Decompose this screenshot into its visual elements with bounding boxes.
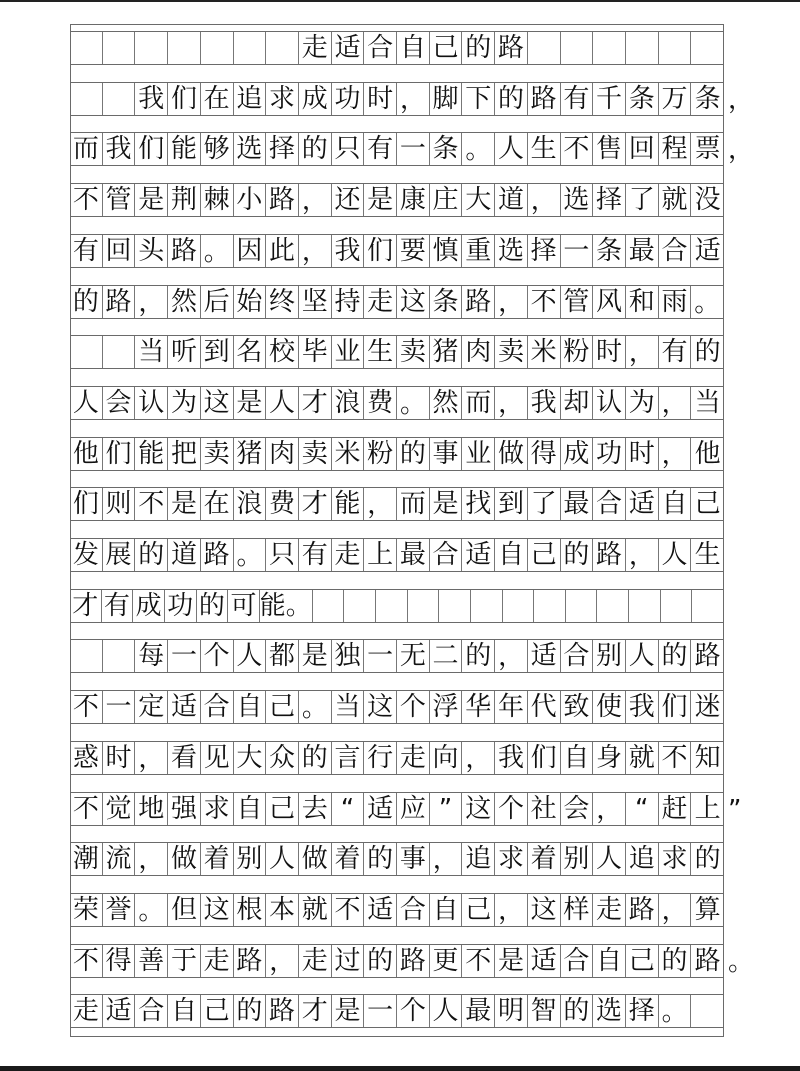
grid-cell: 做	[495, 438, 528, 470]
grid-cell: 浪	[332, 387, 365, 419]
grid-cell: 人	[70, 387, 103, 419]
grid-cell: ，	[135, 742, 168, 774]
grid-cell: 生	[691, 539, 724, 571]
grid-cell: 样	[561, 894, 594, 926]
grid-cell: 选	[593, 995, 626, 1027]
grid-cell: 本	[266, 894, 299, 926]
grid-cell: 行	[364, 742, 397, 774]
grid-cell: 万	[659, 83, 692, 115]
grid-cell: 路	[201, 539, 234, 571]
grid-cell: 适	[528, 945, 561, 977]
grid-cell: 适	[168, 691, 201, 723]
grid-cell: 了	[528, 488, 561, 520]
grid-cell: 根	[234, 894, 267, 926]
grid-cell: 是	[495, 945, 528, 977]
grid-cell: 才	[70, 590, 102, 622]
text-row: 不觉地强求自己去“适应”这个社会，“赶上	[70, 792, 724, 826]
grid-cell: 够	[201, 133, 234, 165]
grid-cell: 惑	[70, 742, 103, 774]
grid-cell: 去	[299, 793, 332, 825]
grid-cell: 始	[234, 286, 267, 318]
grid-cell: 算	[691, 894, 724, 926]
grid-cell: 卖	[201, 438, 234, 470]
text-row: 他们能把卖猪肉卖米粉的事业做得成功时，他	[70, 437, 724, 471]
grid-cell: 己	[626, 945, 659, 977]
grid-cell: 和	[626, 286, 659, 318]
grid-cell: 的	[462, 640, 495, 672]
grid-cell: 就	[659, 184, 692, 216]
grid-cell: 别	[234, 843, 267, 875]
grid-cell: 己	[430, 32, 463, 64]
grid-cell: 人	[266, 387, 299, 419]
grid-cell: 最	[561, 488, 594, 520]
title-row: 走适合自己的路	[70, 31, 724, 65]
grid-cell: 的	[135, 539, 168, 571]
grid-cell: 看	[168, 742, 201, 774]
grid-cell: 选	[561, 184, 594, 216]
grid-cell: 才	[299, 488, 332, 520]
grid-cell: 则	[103, 488, 136, 520]
empty-grid-cell	[103, 83, 136, 115]
grid-cell: 粉	[561, 336, 594, 368]
grid-cell: 路	[691, 945, 724, 977]
grid-cell: 使	[593, 691, 626, 723]
grid-cell: 强	[168, 793, 201, 825]
empty-grid-cell	[70, 32, 103, 64]
grid-cell: 的	[561, 539, 594, 571]
text-row: 不得善于走路，走过的路更不是适合自己的路	[70, 944, 724, 978]
grid-cell: 一	[364, 995, 397, 1027]
grid-cell: 华	[462, 691, 495, 723]
empty-grid-cell	[313, 590, 345, 622]
grid-cell: ，	[430, 843, 463, 875]
grid-cell: 肉	[266, 438, 299, 470]
grid-cell: 小	[234, 184, 267, 216]
grid-cell: 人	[593, 843, 626, 875]
grid-cell: 定	[135, 691, 168, 723]
text-row: 每一个人都是独一无二的，适合别人的路	[70, 639, 724, 673]
grid-cell: 的	[691, 336, 724, 368]
grid-cell: 我	[528, 387, 561, 419]
grid-cell: 人	[659, 539, 692, 571]
grid-cell: 一	[103, 691, 136, 723]
grid-cell: 我	[626, 691, 659, 723]
grid-cell: ，	[659, 438, 692, 470]
grid-cell: 无	[397, 640, 430, 672]
grid-cell: 择	[266, 133, 299, 165]
empty-grid-cell	[629, 590, 661, 622]
grid-cell: 棘	[201, 184, 234, 216]
grid-cell: 粉	[364, 438, 397, 470]
grid-cell: 己	[691, 488, 724, 520]
grid-cell: 后	[201, 286, 234, 318]
text-row: 走适合自己的路才是一个人最明智的选择。	[70, 994, 724, 1028]
grid-cell: 功	[593, 438, 626, 470]
grid-cell: 有	[561, 83, 594, 115]
empty-grid-cell	[376, 590, 408, 622]
grid-cell: 得	[528, 438, 561, 470]
grid-cell: 米	[528, 336, 561, 368]
grid-cell: 荣	[70, 894, 103, 926]
grid-cell: 不	[70, 793, 103, 825]
grid-cell: 己	[462, 894, 495, 926]
grid-cell: 追	[234, 83, 267, 115]
grid-cell: ，	[135, 286, 168, 318]
grid-cell: ，	[135, 843, 168, 875]
empty-grid-cell	[103, 32, 136, 64]
grid-cell: 只	[266, 539, 299, 571]
grid-cell: ，	[299, 184, 332, 216]
grid-cell: 走	[299, 945, 332, 977]
grid-cell: 这	[364, 691, 397, 723]
grid-cell: 合	[593, 488, 626, 520]
grid-cell: 不	[70, 691, 103, 723]
grid-cell: 是	[135, 184, 168, 216]
grid-cell: 们	[70, 488, 103, 520]
grid-cell: 的	[70, 286, 103, 318]
grid-cell: 时	[103, 742, 136, 774]
grid-cell: 独	[332, 640, 365, 672]
grid-cell: 毕	[299, 336, 332, 368]
grid-cell: ，	[495, 894, 528, 926]
grid-cell: 时	[364, 83, 397, 115]
text-row: 们则不是在浪费才能，而是找到了最合适自己	[70, 487, 724, 521]
grid-cell: 功	[332, 83, 365, 115]
grid-cell: 自	[234, 793, 267, 825]
grid-cell: 雨	[659, 286, 692, 318]
grid-cell: 找	[462, 488, 495, 520]
grid-cell: 适	[626, 488, 659, 520]
grid-cell: 个	[397, 995, 430, 1027]
grid-cell: 售	[593, 133, 626, 165]
grid-cell: 。	[691, 286, 724, 318]
grid-cell: 上	[364, 539, 397, 571]
grid-cell: 应	[397, 793, 430, 825]
grid-cell: 成	[299, 83, 332, 115]
grid-cell: ，	[462, 742, 495, 774]
grid-cell: ，	[659, 894, 692, 926]
grid-cell: 这	[201, 894, 234, 926]
text-row: 而我们能够选择的只有一条。人生不售回程票	[70, 132, 724, 166]
grid-cell: 不	[135, 488, 168, 520]
grid-cell: 善	[135, 945, 168, 977]
grid-cell: 合	[397, 894, 430, 926]
grid-cell: 有	[364, 133, 397, 165]
grid-cell: 是	[364, 184, 397, 216]
grid-cell: 能	[135, 438, 168, 470]
empty-grid-cell	[626, 32, 659, 64]
grid-cell: 然	[430, 387, 463, 419]
grid-cell: 代	[528, 691, 561, 723]
grid-cell: 在	[201, 83, 234, 115]
grid-cell: 最	[397, 539, 430, 571]
grid-cell: 做	[168, 843, 201, 875]
grid-cell: 自	[397, 32, 430, 64]
text-row: 的路，然后始终坚持走这条路，不管风和雨。	[70, 285, 724, 319]
grid-cell: 头	[135, 235, 168, 267]
grid-cell: 条	[593, 235, 626, 267]
grid-cell: 的	[234, 995, 267, 1027]
grid-cell: 求	[495, 843, 528, 875]
grid-cell: 米	[332, 438, 365, 470]
top-edge-bar	[0, 0, 800, 2]
grid-cell: ，	[626, 336, 659, 368]
grid-cell: 人	[430, 995, 463, 1027]
grid-cell: 肉	[462, 336, 495, 368]
grid-cell: 重	[462, 235, 495, 267]
grid-cell: 听	[168, 336, 201, 368]
grid-cell: 求	[659, 843, 692, 875]
grid-cell: 们	[659, 691, 692, 723]
grid-cell: 己	[201, 995, 234, 1027]
empty-grid-cell	[593, 32, 626, 64]
grid-cell: 是	[332, 995, 365, 1027]
grid-cell: 路	[234, 945, 267, 977]
grid-cell: 千	[593, 83, 626, 115]
grid-cell: 合	[201, 691, 234, 723]
grid-cell: 一	[561, 235, 594, 267]
grid-cell: ，	[495, 286, 528, 318]
grid-cell: 是	[168, 488, 201, 520]
grid-cell: 迷	[691, 691, 724, 723]
grid-cell: 路	[103, 286, 136, 318]
empty-grid-cell	[692, 590, 724, 622]
grid-cell: 于	[168, 945, 201, 977]
grid-cell: 过	[332, 945, 365, 977]
grid-cell: 脚	[430, 83, 463, 115]
grid-cell: “	[626, 793, 659, 825]
grid-cell: 选	[234, 133, 267, 165]
grid-cell: 校	[266, 336, 299, 368]
grid-cell: 功	[165, 590, 197, 622]
margin-punctuation: ，	[728, 87, 754, 113]
grid-cell: 我	[103, 133, 136, 165]
grid-cell: 身	[593, 742, 626, 774]
empty-grid-cell	[408, 590, 440, 622]
grid-cell: 能	[168, 133, 201, 165]
grid-cell: 最	[626, 235, 659, 267]
grid-cell: “	[332, 793, 365, 825]
grid-cell: 会	[103, 387, 136, 419]
grid-cell: 致	[561, 691, 594, 723]
empty-grid-cell	[201, 32, 234, 64]
grid-cell: 路	[528, 83, 561, 115]
empty-grid-cell	[691, 995, 724, 1027]
grid-cell: 适	[462, 539, 495, 571]
grid-cell: 事	[397, 843, 430, 875]
grid-cell: 走	[299, 32, 332, 64]
grid-cell: 条	[626, 83, 659, 115]
grid-cell: 终	[266, 286, 299, 318]
grid-cell: 选	[495, 235, 528, 267]
grid-cell: 适	[691, 235, 724, 267]
grid-cell: 路	[626, 894, 659, 926]
grid-cell: 众	[266, 742, 299, 774]
grid-cell: 当	[332, 691, 365, 723]
grid-cell: 但	[168, 894, 201, 926]
text-row: 才有成功的可能。	[70, 589, 724, 623]
grid-cell: 人	[266, 843, 299, 875]
grid-cell: 自	[168, 995, 201, 1027]
grid-cell: 个	[495, 793, 528, 825]
grid-cell: 到	[495, 488, 528, 520]
grid-cell: 发	[70, 539, 103, 571]
grid-cell: 走	[397, 742, 430, 774]
text-row: 当听到名校毕业生卖猪肉卖米粉时，有的	[70, 335, 724, 369]
grid-cell: 认	[593, 387, 626, 419]
grid-cell: 。	[234, 539, 267, 571]
grid-cell: ”	[430, 793, 463, 825]
grid-cell: 。	[135, 894, 168, 926]
grid-cell: 在	[201, 488, 234, 520]
grid-cell: 的	[364, 945, 397, 977]
grid-cell: 的	[462, 32, 495, 64]
grid-cell: 。	[201, 235, 234, 267]
grid-cell: 流	[103, 843, 136, 875]
empty-grid-cell	[439, 590, 471, 622]
grid-cell: 合	[364, 32, 397, 64]
grid-cell: 时	[593, 336, 626, 368]
bottom-edge-bar	[0, 1066, 800, 1071]
grid-cell: 每	[135, 640, 168, 672]
grid-cell: 而	[462, 387, 495, 419]
grid-cell: 别	[593, 640, 626, 672]
grid-cell: 一	[364, 640, 397, 672]
text-row: 潮流，做着别人做着的事，追求着别人追求的	[70, 842, 724, 876]
empty-grid-cell	[234, 32, 267, 64]
grid-cell: 事	[430, 438, 463, 470]
grid-cell: 路	[266, 995, 299, 1027]
grid-cell: 能。	[260, 590, 313, 622]
grid-cell: 条	[430, 133, 463, 165]
grid-cell: 择	[626, 995, 659, 1027]
grid-cell: 可	[228, 590, 260, 622]
grid-cell: 自	[593, 945, 626, 977]
empty-grid-cell	[471, 590, 503, 622]
grid-cell: 不	[462, 945, 495, 977]
grid-cell: 的	[299, 742, 332, 774]
text-row: 荣誉。但这根本就不适合自己，这样走路，算	[70, 893, 724, 927]
grid-cell: 下	[462, 83, 495, 115]
grid-cell: 我	[332, 235, 365, 267]
grid-cell: 的	[397, 438, 430, 470]
grid-cell: 潮	[70, 843, 103, 875]
grid-cell: 条	[430, 286, 463, 318]
empty-grid-cell	[566, 590, 598, 622]
empty-grid-cell	[70, 640, 103, 672]
grid-cell: 当	[135, 336, 168, 368]
grid-cell: 自	[561, 742, 594, 774]
grid-cell: 不	[528, 286, 561, 318]
grid-cell: 着	[528, 843, 561, 875]
empty-grid-cell	[266, 32, 299, 64]
grid-cell: 不	[70, 184, 103, 216]
grid-cell: 程	[659, 133, 692, 165]
grid-cell: 的	[659, 945, 692, 977]
grid-cell: 不	[659, 742, 692, 774]
grid-cell: 赶	[659, 793, 692, 825]
grid-cell: 才	[299, 387, 332, 419]
grid-cell: 这	[397, 286, 430, 318]
grid-cell: 追	[626, 843, 659, 875]
grid-cell: 走	[201, 945, 234, 977]
grid-cell: 为	[626, 387, 659, 419]
grid-cell: 成	[133, 590, 165, 622]
grid-cell: 走	[364, 286, 397, 318]
grid-cell: 自	[659, 488, 692, 520]
grid-cell: 生	[364, 336, 397, 368]
empty-grid-cell	[70, 83, 103, 115]
grid-cell: 自	[430, 894, 463, 926]
grid-cell: 费	[266, 488, 299, 520]
grid-cell: 走	[332, 539, 365, 571]
grid-cell: 追	[462, 843, 495, 875]
grid-cell: 适	[364, 793, 397, 825]
grid-cell: 因	[234, 235, 267, 267]
empty-grid-cell	[70, 336, 103, 368]
grid-cell: 回	[626, 133, 659, 165]
grid-cell: 个	[201, 640, 234, 672]
grid-cell: 浪	[234, 488, 267, 520]
grid-cell: 们	[364, 235, 397, 267]
grid-cell: 做	[299, 843, 332, 875]
grid-cell: 才	[299, 995, 332, 1027]
grid-cell: 为	[168, 387, 201, 419]
grid-cell: 见	[201, 742, 234, 774]
margin-punctuation: 。	[728, 949, 754, 975]
grid-cell: 的	[197, 590, 229, 622]
grid-cell: 自	[495, 539, 528, 571]
grid-cell: 没	[691, 184, 724, 216]
grid-cell: 言	[332, 742, 365, 774]
grid-cell: 走	[70, 995, 103, 1027]
grid-cell: 这	[462, 793, 495, 825]
grid-cell: 庄	[430, 184, 463, 216]
grid-cell: 的	[364, 843, 397, 875]
grid-cell: 择	[593, 184, 626, 216]
grid-cell: 求	[266, 83, 299, 115]
grid-cell: 的	[561, 995, 594, 1027]
grid-cell: 更	[430, 945, 463, 977]
grid-cell: 一	[168, 640, 201, 672]
grid-cell: 们	[135, 133, 168, 165]
grid-cell: 们	[168, 83, 201, 115]
grid-cell: 别	[561, 843, 594, 875]
grid-cell: 适	[332, 32, 365, 64]
grid-cell: 大	[234, 742, 267, 774]
grid-cell: 择	[528, 235, 561, 267]
grid-cell: 风	[593, 286, 626, 318]
empty-grid-cell	[135, 32, 168, 64]
grid-cell: 而	[70, 133, 103, 165]
grid-cell: 只	[332, 133, 365, 165]
grid-cell: ，	[397, 83, 430, 115]
grid-cell: 最	[462, 995, 495, 1027]
grid-cell: 大	[462, 184, 495, 216]
grid-cell: 就	[299, 894, 332, 926]
grid-cell: ，	[659, 387, 692, 419]
grid-paper-sheet	[70, 24, 724, 1037]
text-row: 不管是荆棘小路，还是康庄大道，选择了就没	[70, 183, 724, 217]
grid-cell: 人	[234, 640, 267, 672]
empty-grid-cell	[168, 32, 201, 64]
grid-cell: 一	[397, 133, 430, 165]
grid-cell: 着	[332, 843, 365, 875]
grid-cell: 都	[266, 640, 299, 672]
grid-cell: 明	[495, 995, 528, 1027]
grid-cell: 然	[168, 286, 201, 318]
empty-grid-cell	[661, 590, 693, 622]
